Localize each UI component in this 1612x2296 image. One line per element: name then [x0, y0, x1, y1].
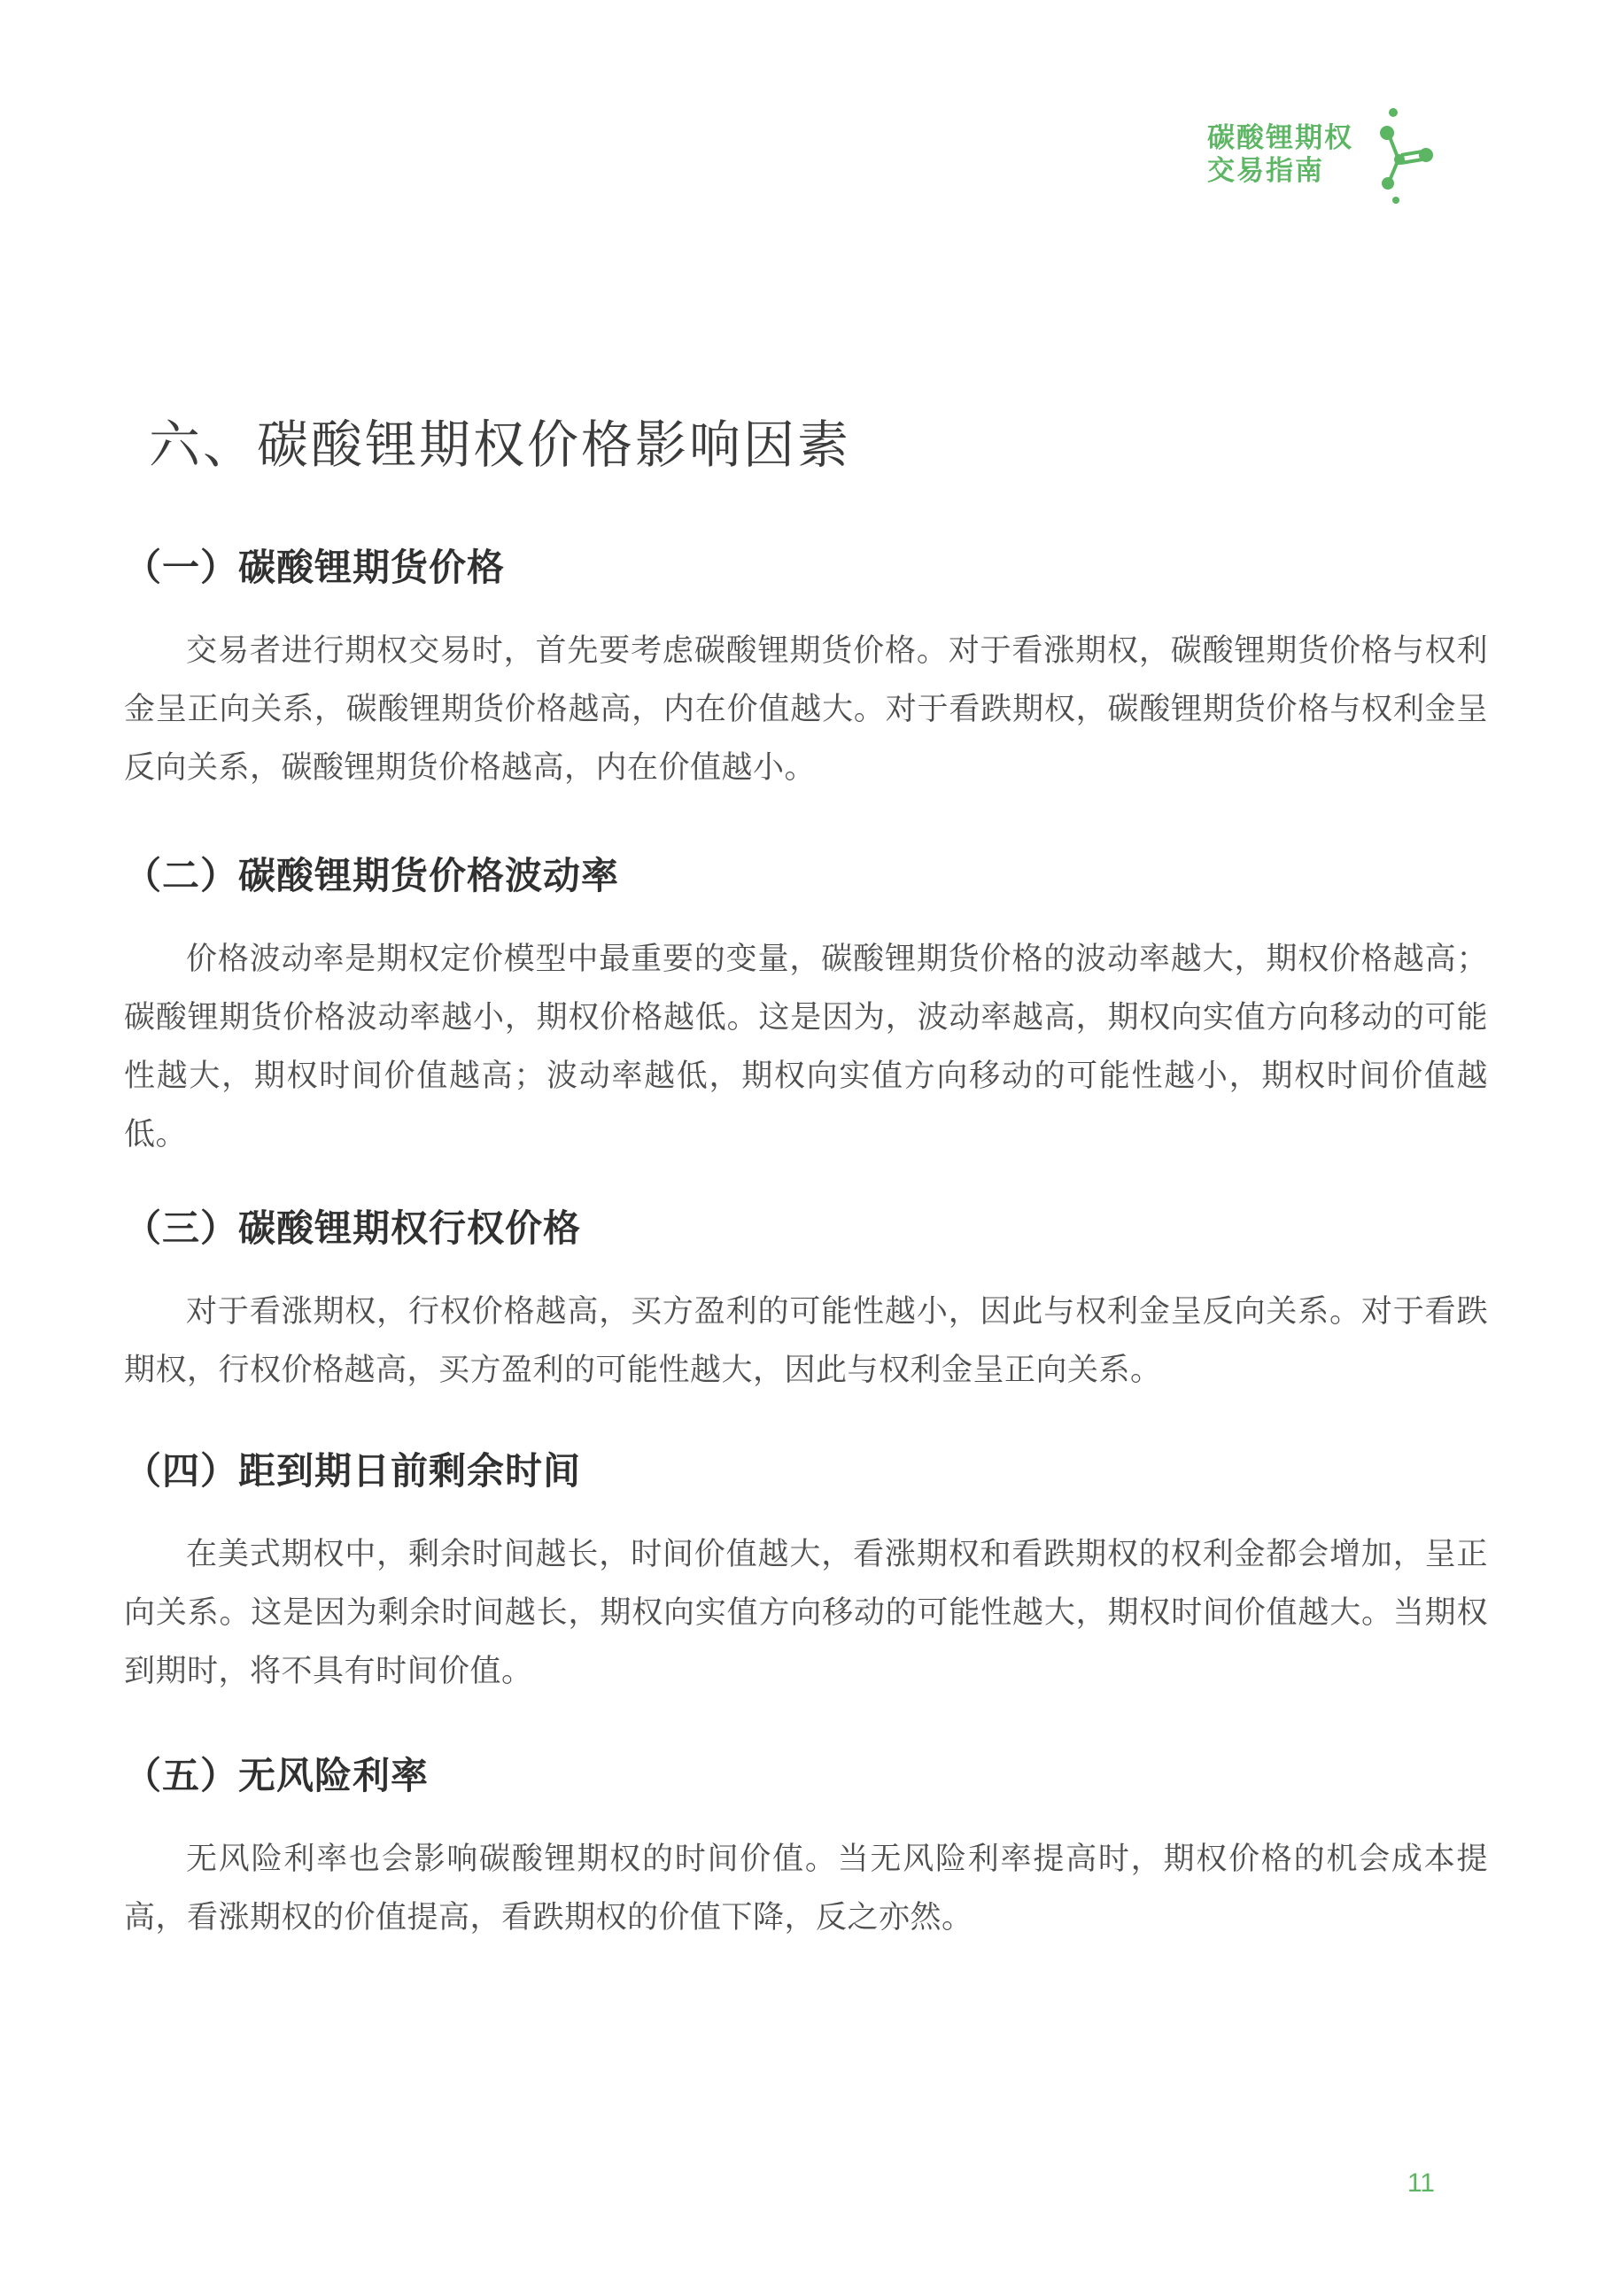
section-futures-price: （一）碳酸锂期货价格 交易者进行期权交易时，首先要考虑碳酸锂期货价格。对于看涨期…: [124, 546, 1488, 797]
section-heading-1: （一）碳酸锂期货价格: [124, 546, 1488, 590]
section-heading-3: （三）碳酸锂期权行权价格: [124, 1206, 1488, 1251]
section-time-to-expiry: （四）距到期日前剩余时间 在美式期权中，剩余时间越长，时间价值越大，看涨期权和看…: [124, 1449, 1488, 1701]
molecule-icon: [1368, 105, 1437, 204]
section-body-4: 在美式期权中，剩余时间越长，时间价值越大，看涨期权和看跌期权的权利金都会增加，呈…: [124, 1525, 1488, 1701]
section-body-1: 交易者进行期权交易时，首先要考虑碳酸锂期货价格。对于看涨期权，碳酸锂期货价格与权…: [124, 622, 1488, 797]
section-heading-5: （五）无风险利率: [124, 1754, 1488, 1798]
page-number: 11: [1407, 2168, 1435, 2199]
logo-line2: 交易指南: [1207, 154, 1353, 187]
section-body-3: 对于看涨期权，行权价格越高，买方盈利的可能性越小，因此与权利金呈反向关系。对于看…: [124, 1283, 1488, 1400]
section-heading-2: （二）碳酸锂期货价格波动率: [124, 854, 1488, 898]
logo-text: 碳酸锂期权 交易指南: [1207, 121, 1353, 187]
page-title: 六、碳酸锂期权价格影响因素: [149, 415, 1488, 477]
section-volatility: （二）碳酸锂期货价格波动率 价格波动率是期权定价模型中最重要的变量，碳酸锂期货价…: [124, 854, 1488, 1164]
section-body-2: 价格波动率是期权定价模型中最重要的变量，碳酸锂期货价格的波动率越大，期权价格越高…: [124, 930, 1488, 1164]
section-risk-free-rate: （五）无风险利率 无风险利率也会影响碳酸锂期权的时间价值。当无风险利率提高时，期…: [124, 1754, 1488, 1947]
document-page: 碳酸锂期权 交易指南 六、碳酸锂期权价格影响因素 （一）碳酸锂期货价格 交易者进…: [0, 0, 1612, 2296]
section-heading-4: （四）距到期日前剩余时间: [124, 1449, 1488, 1493]
logo-line1: 碳酸锂期权: [1207, 121, 1353, 154]
section-body-5: 无风险利率也会影响碳酸锂期权的时间价值。当无风险利率提高时，期权价格的机会成本提…: [124, 1830, 1488, 1947]
section-strike-price: （三）碳酸锂期权行权价格 对于看涨期权，行权价格越高，买方盈利的可能性越小，因此…: [124, 1206, 1488, 1400]
header-logo: 碳酸锂期权 交易指南: [124, 0, 1437, 204]
